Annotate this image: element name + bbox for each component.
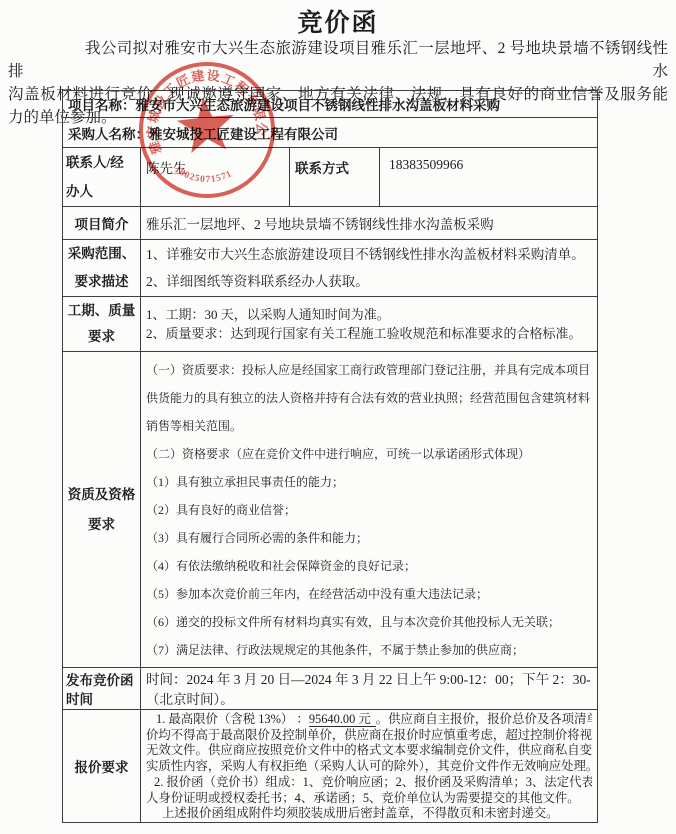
- contact-method-label-cell: 联系方式: [290, 148, 380, 207]
- summary-label-cell: 项目简介: [63, 207, 141, 240]
- project-name-cell: 项目名称：雅安市大兴生态旅游建设项目不锈钢线性排水沟盖板材料采购: [63, 91, 598, 118]
- announce-time-row: 发布竞价函时间 时间：2024 年 3 月 20 日—2024 年 3 月 22…: [63, 668, 598, 710]
- schedule-content-cell: 1、工期：30 天，以采购人通知时间为准。2、质量要求：达到现行国家有关工程施工…: [141, 297, 598, 352]
- purchaser-cell: 采购人名称：雅安城投工匠建设工程有限公司: [63, 118, 598, 148]
- max-price-value: 95640.00 元: [309, 712, 376, 727]
- document-page: 竞价函 我公司拟对雅安市大兴生态旅游建设项目雅乐汇一层地坪、2 号地块景墙不锈钢…: [0, 0, 676, 834]
- bid-table: 项目名称：雅安市大兴生态旅游建设项目不锈钢线性排水沟盖板材料采购 采购人名称：雅…: [62, 90, 598, 823]
- announce-time-content-cell: 时间：2024 年 3 月 20 日—2024 年 3 月 22 日上午 9:0…: [141, 668, 598, 710]
- contact-phone-cell: 18383509966: [380, 148, 598, 207]
- scope-content-cell: 1、详雅安市大兴生态旅游建设项目不锈钢线性排水沟盖板材料采购清单。2、详细图纸等…: [141, 240, 598, 297]
- quote-content-cell: 1. 最高限价（含税 13%） ：95640.00 元。供应商自主报价，报价总价…: [141, 710, 598, 823]
- schedule-label-cell: 工期、质量要求: [63, 297, 141, 352]
- quote-max-price-line: 1. 最高限价（含税 13%） ：95640.00 元。供应商自主报价，报价总价…: [146, 712, 592, 728]
- quote-row: 报价要求 1. 最高限价（含税 13%） ：95640.00 元。供应商自主报价…: [63, 710, 598, 823]
- contact-row: 联系人/经办人 陈先生 联系方式 18383509966: [63, 148, 598, 207]
- quote-label-cell: 报价要求: [63, 710, 141, 823]
- summary-row: 项目简介 雅乐汇一层地坪、2 号地块景墙不锈钢线性排水沟盖板采购: [63, 207, 598, 240]
- announce-time-label-cell: 发布竞价函时间: [63, 668, 141, 710]
- schedule-row: 工期、质量要求 1、工期：30 天，以采购人通知时间为准。2、质量要求：达到现行…: [63, 297, 598, 352]
- summary-content-cell: 雅乐汇一层地坪、2 号地块景墙不锈钢线性排水沟盖板采购: [141, 207, 598, 240]
- scope-label-cell: 采购范围、要求描述: [63, 240, 141, 297]
- contact-name-cell: 陈先生: [141, 148, 290, 207]
- qualification-content-cell: （一）资质要求：投标人应是经国家工商行政管理部门登记注册，并具有完成本项目供货能…: [141, 352, 598, 668]
- project-name-row: 项目名称：雅安市大兴生态旅游建设项目不锈钢线性排水沟盖板材料采购: [63, 91, 598, 118]
- contact-label-cell: 联系人/经办人: [63, 148, 141, 207]
- purchaser-row: 采购人名称：雅安城投工匠建设工程有限公司: [63, 118, 598, 148]
- scope-row: 采购范围、要求描述 1、详雅安市大兴生态旅游建设项目不锈钢线性排水沟盖板材料采购…: [63, 240, 598, 297]
- qualification-label-cell: 资质及资格要求: [63, 352, 141, 668]
- qualification-row: 资质及资格要求 （一）资质要求：投标人应是经国家工商行政管理部门登记注册，并具有…: [63, 352, 598, 668]
- page-title: 竞价函: [0, 3, 676, 39]
